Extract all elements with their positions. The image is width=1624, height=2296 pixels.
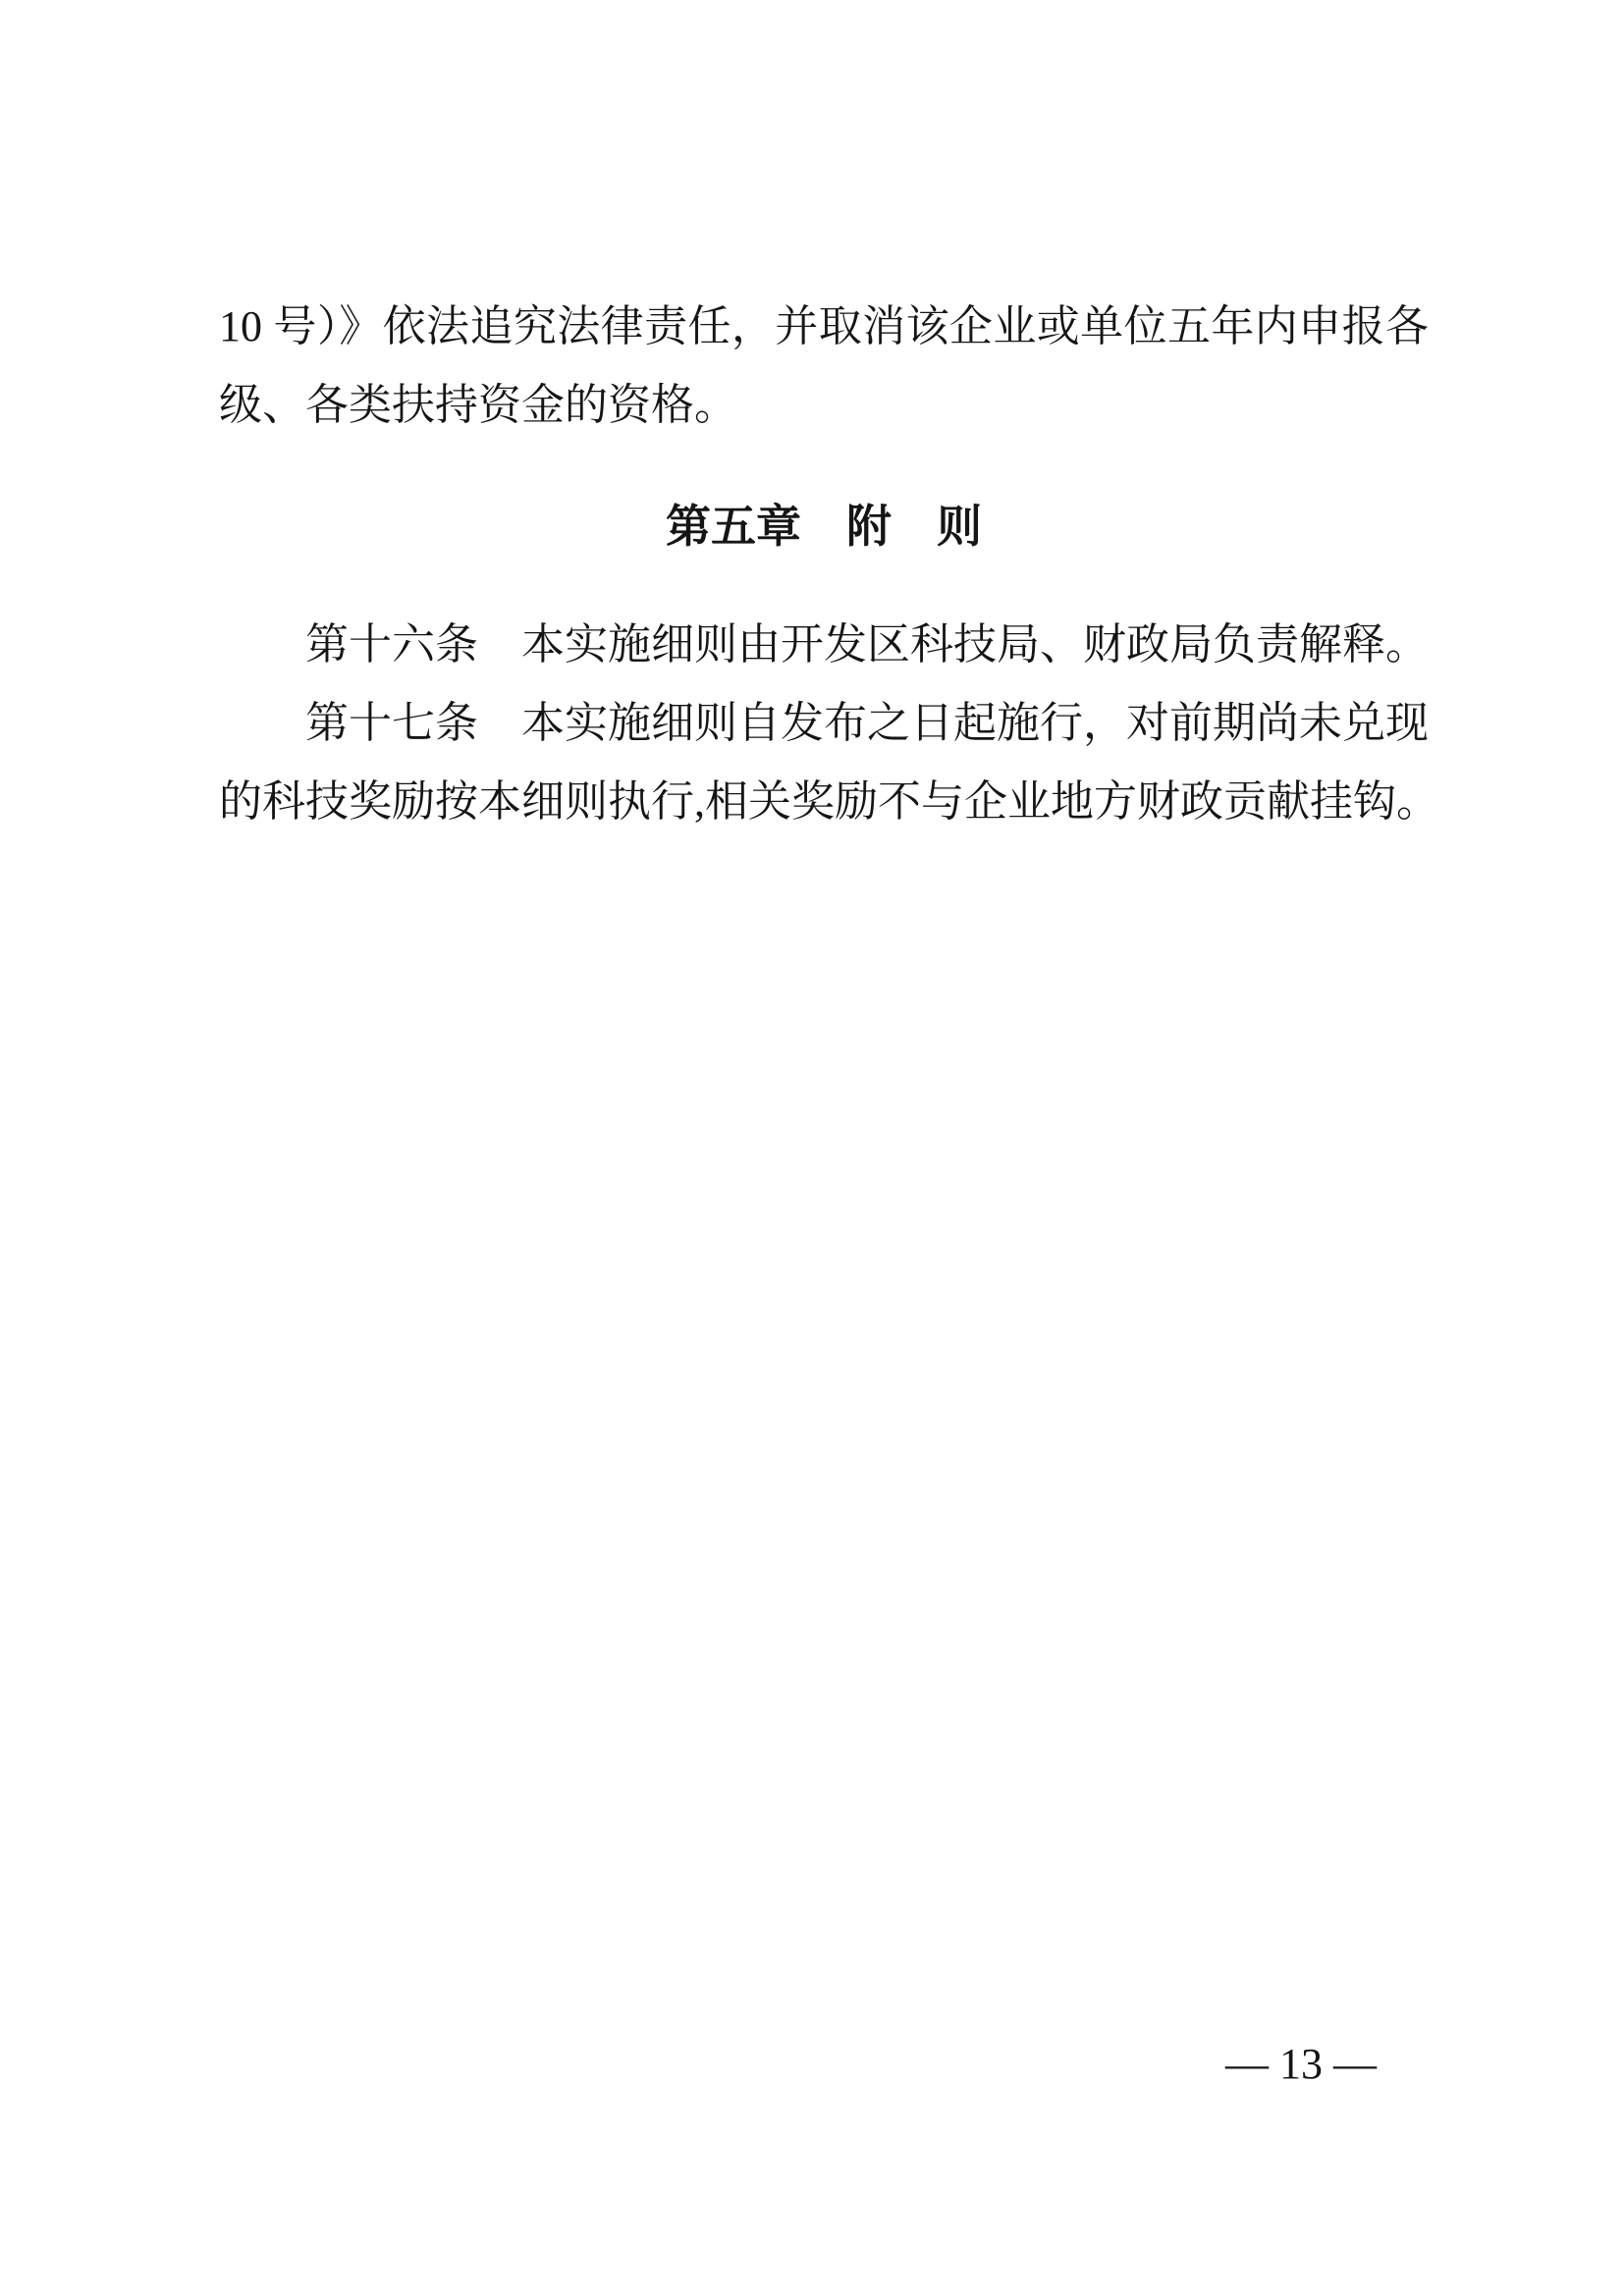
article-16-number: 第十六条 (305, 620, 478, 668)
chapter-heading: 第五章 附 则 (219, 492, 1429, 561)
document-page: 10 号）》依法追究法律责任，并取消该企业或单位五年内申报各 级、各类扶持资金的… (0, 0, 1624, 2296)
page-number: — 13 — (1225, 2042, 1377, 2087)
article-17-line-2: 的科技奖励按本细则执行,相关奖励不与企业地方财政贡献挂钩。 (219, 763, 1429, 841)
continuation-paragraph-line-2: 级、各类扶持资金的资格。 (219, 366, 1429, 445)
article-17-number: 第十七条 (305, 699, 478, 747)
article-17-line-1: 第十七条 本实施细则自发布之日起施行，对前期尚未兑现 (219, 684, 1429, 763)
article-17-text: 本实施细则自发布之日起施行，对前期尚未兑现 (478, 699, 1429, 747)
article-16-line: 第十六条 本实施细则由开发区科技局、财政局负责解释。 (219, 606, 1429, 684)
article-16-text: 本实施细则由开发区科技局、财政局负责解释。 (478, 620, 1429, 668)
document-body: 10 号）》依法追究法律责任，并取消该企业或单位五年内申报各 级、各类扶持资金的… (219, 288, 1429, 841)
continuation-paragraph-line-1: 10 号）》依法追究法律责任，并取消该企业或单位五年内申报各 (219, 288, 1429, 366)
